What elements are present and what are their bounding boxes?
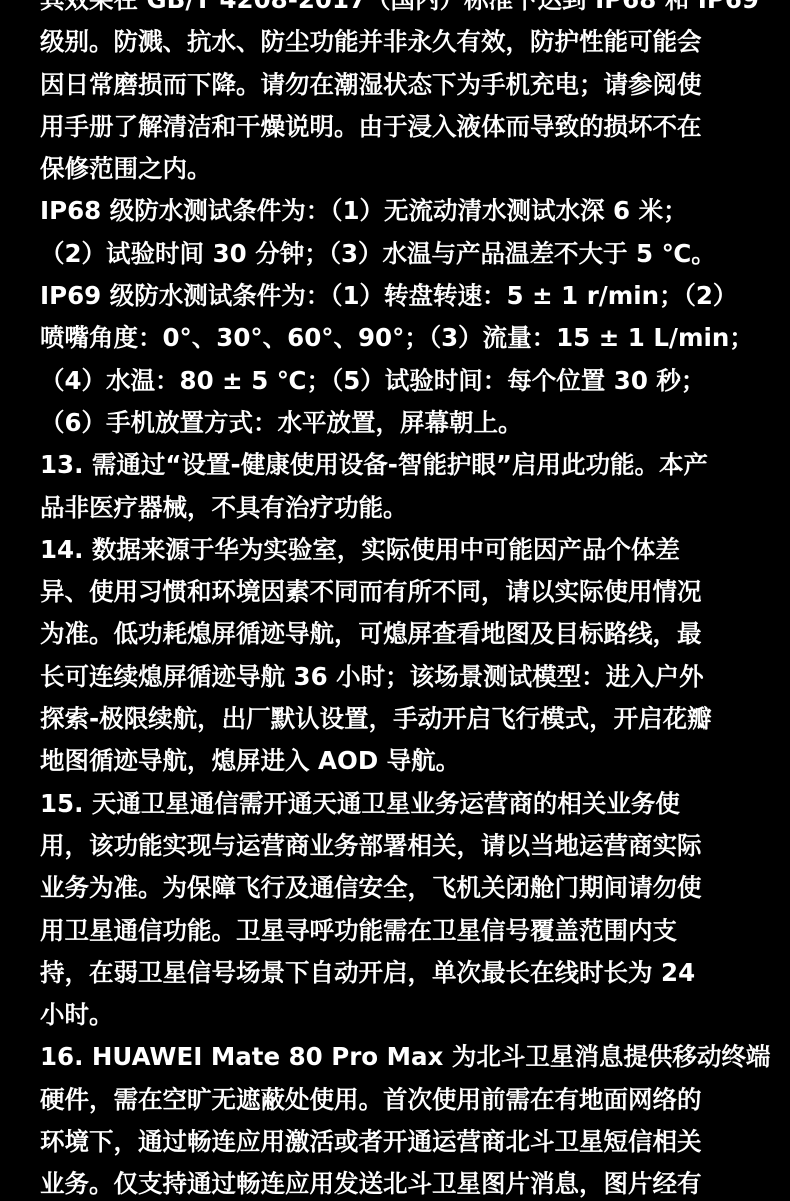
text-line: 喷嘴角度：0°、30°、60°、90°；（3）流量：15 ± 1 L/min； [40,317,780,359]
text-line: IP68 级防水测试条件为：（1）无流动清水测试水深 6 米； [40,190,780,232]
text-line: 硬件，需在空旷无遮蔽处使用。首次使用前需在有地面网络的 [40,1079,780,1121]
text-line: IP69 级防水测试条件为：（1）转盘转速：5 ± 1 r/min；（2） [40,275,780,317]
text-line: （4）水温：80 ± 5 ℃；（5）试验时间：每个位置 30 秒； [40,360,780,402]
text-line: 小时。 [40,994,780,1036]
text-line: 级别。防溅、抗水、防尘功能并非永久有效，防护性能可能会 [40,21,780,63]
paragraph-ip68-conditions: IP68 级防水测试条件为：（1）无流动清水测试水深 6 米； （2）试验时间 … [40,190,780,275]
text-line: 地图循迹导航，熄屏进入 AOD 导航。 [40,740,780,782]
text-line: 业务为准。为保障飞行及通信安全，飞机关闭舱门期间请勿使 [40,867,780,909]
text-line: （6）手机放置方式：水平放置，屏幕朝上。 [40,402,780,444]
text-line: 环境下，通过畅连应用激活或者开通运营商北斗卫星短信相关 [40,1121,780,1163]
paragraph-note-13: 13. 需通过“设置-健康使用设备-智能护眼”启用此功能。本产 品非医疗器械，不… [40,444,780,529]
text-line: 为准。低功耗熄屏循迹导航，可熄屏查看地图及目标路线，最 [40,613,780,655]
text-line: 用卫星通信功能。卫星寻呼功能需在卫星信号覆盖范围内支 [40,910,780,952]
text-line: 15. 天通卫星通信需开通天通卫星业务运营商的相关业务使 [40,783,780,825]
text-line: 品非医疗器械，不具有治疗功能。 [40,487,780,529]
text-line: 用，该功能实现与运营商业务部署相关，请以当地运营商实际 [40,825,780,867]
paragraph-note-14: 14. 数据来源于华为实验室，实际使用中可能因产品个体差 异、使用习惯和环境因素… [40,529,780,783]
text-line: 用手册了解清洁和干燥说明。由于浸入液体而导致的损坏不在 [40,106,780,148]
text-line: 16. HUAWEI Mate 80 Pro Max 为北斗卫星消息提供移动终端 [40,1036,780,1078]
text-line: 其效果在 GB/T 4208-2017（国内）标准下达到 IP68 和 IP69 [40,0,780,21]
text-line: 业务。仅支持通过畅连应用发送北斗卫星图片消息，图片经有 [40,1163,780,1201]
text-line: （2）试验时间 30 分钟；（3）水温与产品温差不大于 5 ℃。 [40,233,780,275]
text-line: 长可连续熄屏循迹导航 36 小时；该场景测试模型：进入户外 [40,656,780,698]
text-line: 持，在弱卫星信号场景下自动开启，单次最长在线时长为 24 [40,952,780,994]
paragraph-ip69-conditions: IP69 级防水测试条件为：（1）转盘转速：5 ± 1 r/min；（2） 喷嘴… [40,275,780,444]
paragraph-note-15: 15. 天通卫星通信需开通天通卫星业务运营商的相关业务使 用，该功能实现与运营商… [40,783,780,1037]
text-line: 异、使用习惯和环境因素不同而有所不同，请以实际使用情况 [40,571,780,613]
paragraph-note-16: 16. HUAWEI Mate 80 Pro Max 为北斗卫星消息提供移动终端… [40,1036,780,1201]
document-body: 其效果在 GB/T 4208-2017（国内）标准下达到 IP68 和 IP69… [40,0,780,1201]
text-line: 因日常磨损而下降。请勿在潮湿状态下为手机充电；请参阅使 [40,64,780,106]
text-line: 保修范围之内。 [40,148,780,190]
text-line: 探索-极限续航，出厂默认设置，手动开启飞行模式，开启花瓣 [40,698,780,740]
text-line: 14. 数据来源于华为实验室，实际使用中可能因产品个体差 [40,529,780,571]
text-line: 13. 需通过“设置-健康使用设备-智能护眼”启用此功能。本产 [40,444,780,486]
paragraph-waterproof-note: 其效果在 GB/T 4208-2017（国内）标准下达到 IP68 和 IP69… [40,0,780,190]
